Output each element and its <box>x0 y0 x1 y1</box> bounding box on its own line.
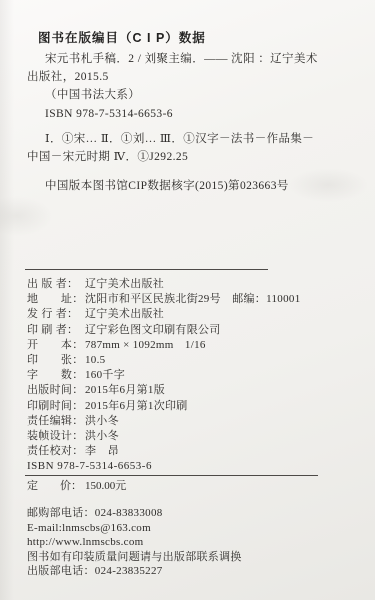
colophon-row-designer: 装帧设计：洪小冬 <box>27 429 367 444</box>
cip-line-publisher-year: 出版社，2015.5 <box>27 68 357 86</box>
row-label: 印 张： <box>27 353 85 368</box>
cip-line-verification-number: 中国版本图书馆CIP数据核字(2015)第023663号 <box>27 177 357 195</box>
email-address: E-mail:lnmscbs@163.com <box>27 521 367 536</box>
divider-top <box>25 269 268 270</box>
colophon-row-printer: 印 刷 者：辽宁彩色图文印刷有限公司 <box>27 323 367 338</box>
cip-line-classification-1: Ⅰ．①宋… Ⅱ．①刘… Ⅲ．①汉字－法书－作品集－ <box>27 130 357 148</box>
colophon-block: 出 版 者：辽宁美术出版社 地 址：沈阳市和平区民族北街29号 邮编：11000… <box>27 277 367 475</box>
colophon-row-distributor: 发 行 者：辽宁美术出版社 <box>27 307 367 322</box>
contact-block: 邮购部电话：024-83833008 E-mail:lnmscbs@163.co… <box>27 506 367 579</box>
isbn-number: ISBN 978-7-5314-6653-6 <box>27 459 367 474</box>
row-value: 辽宁美术出版社 <box>85 308 164 320</box>
row-value: 洪小冬 <box>85 415 119 427</box>
row-label: 地 址： <box>27 292 85 307</box>
colophon-row-format: 开 本：787mm × 1092mm 1/16 <box>27 338 367 353</box>
row-label: 印 刷 者： <box>27 323 85 338</box>
colophon-row-word-count: 字 数：160千字 <box>27 368 367 383</box>
row-value: 李 昂 <box>85 445 119 457</box>
colophon-row-editor: 责任编辑：洪小冬 <box>27 414 367 429</box>
publishing-dept-phone: 出版部电话：024-23835227 <box>27 564 367 579</box>
colophon-row-print-date: 印刷时间：2015年6月第1次印刷 <box>27 399 367 414</box>
cip-line-classification-2: 中国－宋元时期 Ⅳ．①J292.25 <box>27 148 357 166</box>
row-value: 150.00元 <box>85 480 126 492</box>
row-value: 2015年6月第1版 <box>85 384 165 396</box>
row-label: 出 版 者： <box>27 277 85 292</box>
colophon-row-price: 定 价：150.00元 <box>27 479 126 494</box>
website-url: http://www.lnmscbs.com <box>27 535 367 550</box>
colophon-row-sheets: 印 张：10.5 <box>27 353 367 368</box>
row-label: 出版时间： <box>27 383 85 398</box>
row-value: 沈阳市和平区民族北街29号 邮编：110001 <box>85 293 301 305</box>
row-value: 辽宁美术出版社 <box>85 278 164 290</box>
row-value: 160千字 <box>85 369 125 381</box>
page-edge-shading <box>0 0 14 600</box>
row-label: 定 价： <box>27 479 85 494</box>
row-value: 787mm × 1092mm 1/16 <box>85 339 206 351</box>
cip-heading: 图书在版编目（C I P）数据 <box>38 28 206 46</box>
cip-line-title-statement: 宋元书札手稿．2 / 刘聚主编．—— 沈阳 ：辽宁美术 <box>27 50 357 68</box>
cip-line-series: （中国书法大系） <box>27 86 357 104</box>
book-copyright-page: 图书在版编目（C I P）数据 宋元书札手稿．2 / 刘聚主编．—— 沈阳 ：辽… <box>0 0 375 600</box>
colophon-row-proofreader: 责任校对：李 昂 <box>27 444 367 459</box>
row-label: 责任校对： <box>27 444 85 459</box>
quality-notice: 图书如有印装质量问题请与出版部联系调换 <box>27 550 367 565</box>
cip-line-isbn: ISBN 978-7-5314-6653-6 <box>27 105 357 123</box>
colophon-row-publisher: 出 版 者：辽宁美术出版社 <box>27 277 367 292</box>
colophon-row-publish-date: 出版时间：2015年6月第1版 <box>27 383 367 398</box>
paper-smudge <box>0 196 52 236</box>
row-value: 洪小冬 <box>85 430 119 442</box>
row-label: 责任编辑： <box>27 414 85 429</box>
row-label: 印刷时间： <box>27 399 85 414</box>
row-value: 10.5 <box>85 354 105 366</box>
row-value: 辽宁彩色图文印刷有限公司 <box>85 324 221 336</box>
divider-isbn <box>25 475 318 476</box>
cip-data-block: 宋元书札手稿．2 / 刘聚主编．—— 沈阳 ：辽宁美术 出版社，2015.5 （… <box>27 50 357 195</box>
mail-order-phone: 邮购部电话：024-83833008 <box>27 506 367 521</box>
row-value: 2015年6月第1次印刷 <box>85 400 188 412</box>
colophon-row-address: 地 址：沈阳市和平区民族北街29号 邮编：110001 <box>27 292 367 307</box>
row-label: 字 数： <box>27 368 85 383</box>
row-label: 开 本： <box>27 338 85 353</box>
row-label: 装帧设计： <box>27 429 85 444</box>
row-label: 发 行 者： <box>27 307 85 322</box>
